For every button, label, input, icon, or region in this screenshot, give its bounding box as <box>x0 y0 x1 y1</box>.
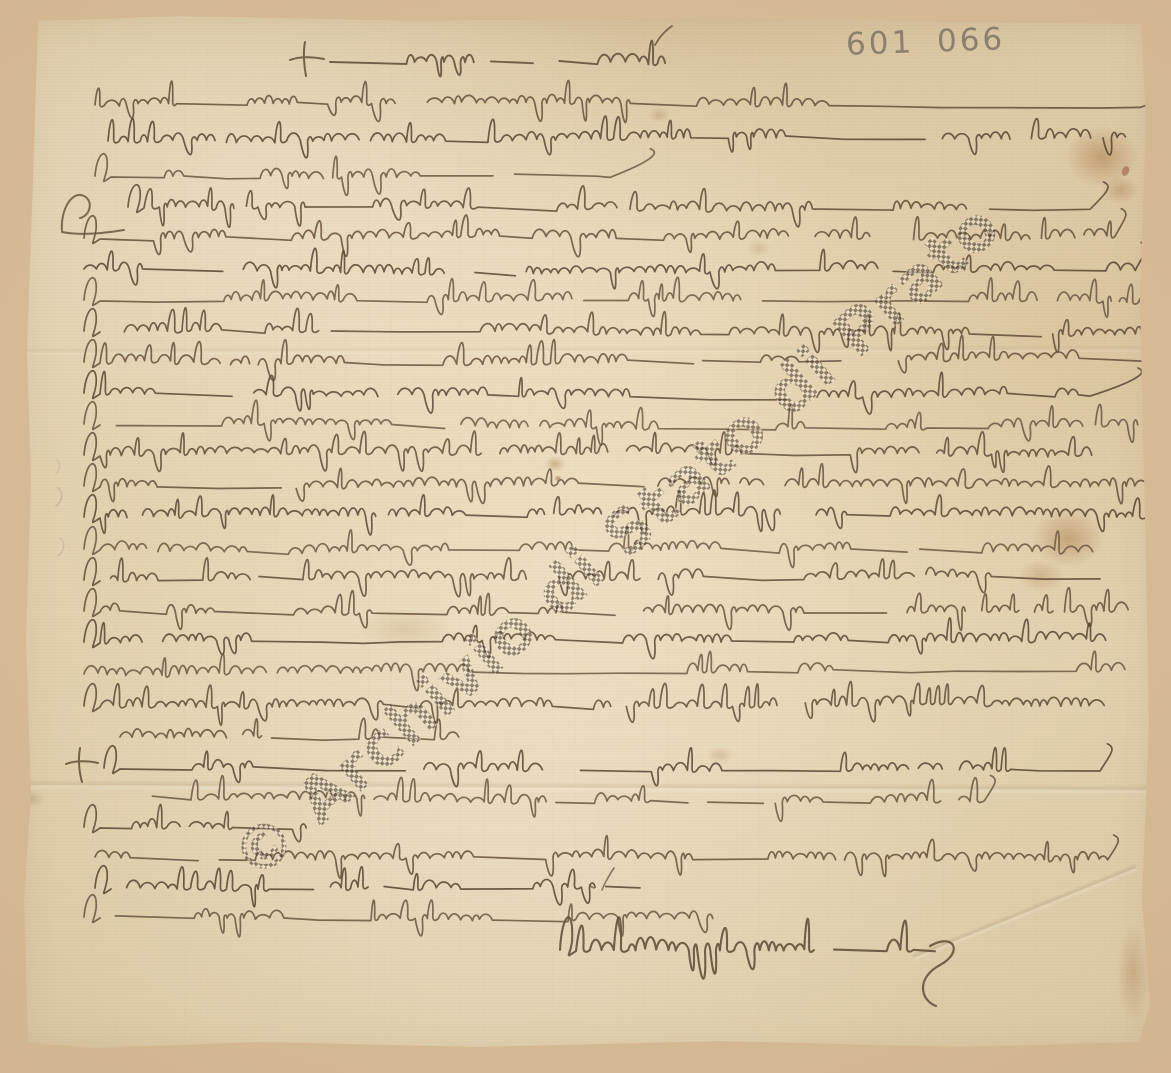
script-line <box>84 618 1106 659</box>
script-line <box>84 243 1146 289</box>
script-line <box>84 277 1153 317</box>
script-line <box>128 182 1108 227</box>
script-line <box>152 775 995 821</box>
script-line <box>84 588 1150 631</box>
transcription-notes: Al nome di Dio a dì … d'aghosto 1400 Fra… <box>0 0 1 1</box>
script-line <box>104 744 1112 787</box>
script-line <box>84 682 1104 726</box>
script-line <box>560 917 935 978</box>
script-line <box>330 41 665 77</box>
script-line <box>84 308 1142 353</box>
script-flourish <box>290 42 324 76</box>
script-line <box>84 209 1126 257</box>
manuscript-paper: © Archivio di Stato di Prato 601 066 Al … <box>0 0 1171 1073</box>
script-flourish <box>62 195 124 234</box>
script-line <box>95 866 640 907</box>
script-line <box>95 835 1118 878</box>
script-line <box>84 368 1142 414</box>
script-line <box>95 79 1171 122</box>
script-flourish <box>56 460 60 473</box>
script-line <box>84 490 1158 535</box>
script-line <box>84 461 1165 504</box>
script-flourish <box>58 538 64 556</box>
document-scan: © Archivio di Stato di Prato 601 066 Al … <box>0 0 1171 1073</box>
script-line <box>84 895 713 937</box>
script-line <box>84 805 306 842</box>
script-line <box>95 149 654 196</box>
archival-number-pencil: 601 066 <box>845 21 1005 63</box>
script-line <box>108 116 1140 158</box>
script-line <box>120 718 459 740</box>
script-line <box>84 651 1125 691</box>
script-flourish <box>56 488 62 506</box>
handwriting-ink <box>0 0 1171 1073</box>
script-line <box>84 527 1112 568</box>
script-flourish <box>655 26 672 45</box>
script-flourish <box>66 748 98 782</box>
script-line <box>84 335 1148 380</box>
script-line <box>84 558 1100 597</box>
script-line <box>84 431 1092 472</box>
header-reading: Al nome di Dio a dì … d'aghosto 1400 <box>0 0 1 1</box>
